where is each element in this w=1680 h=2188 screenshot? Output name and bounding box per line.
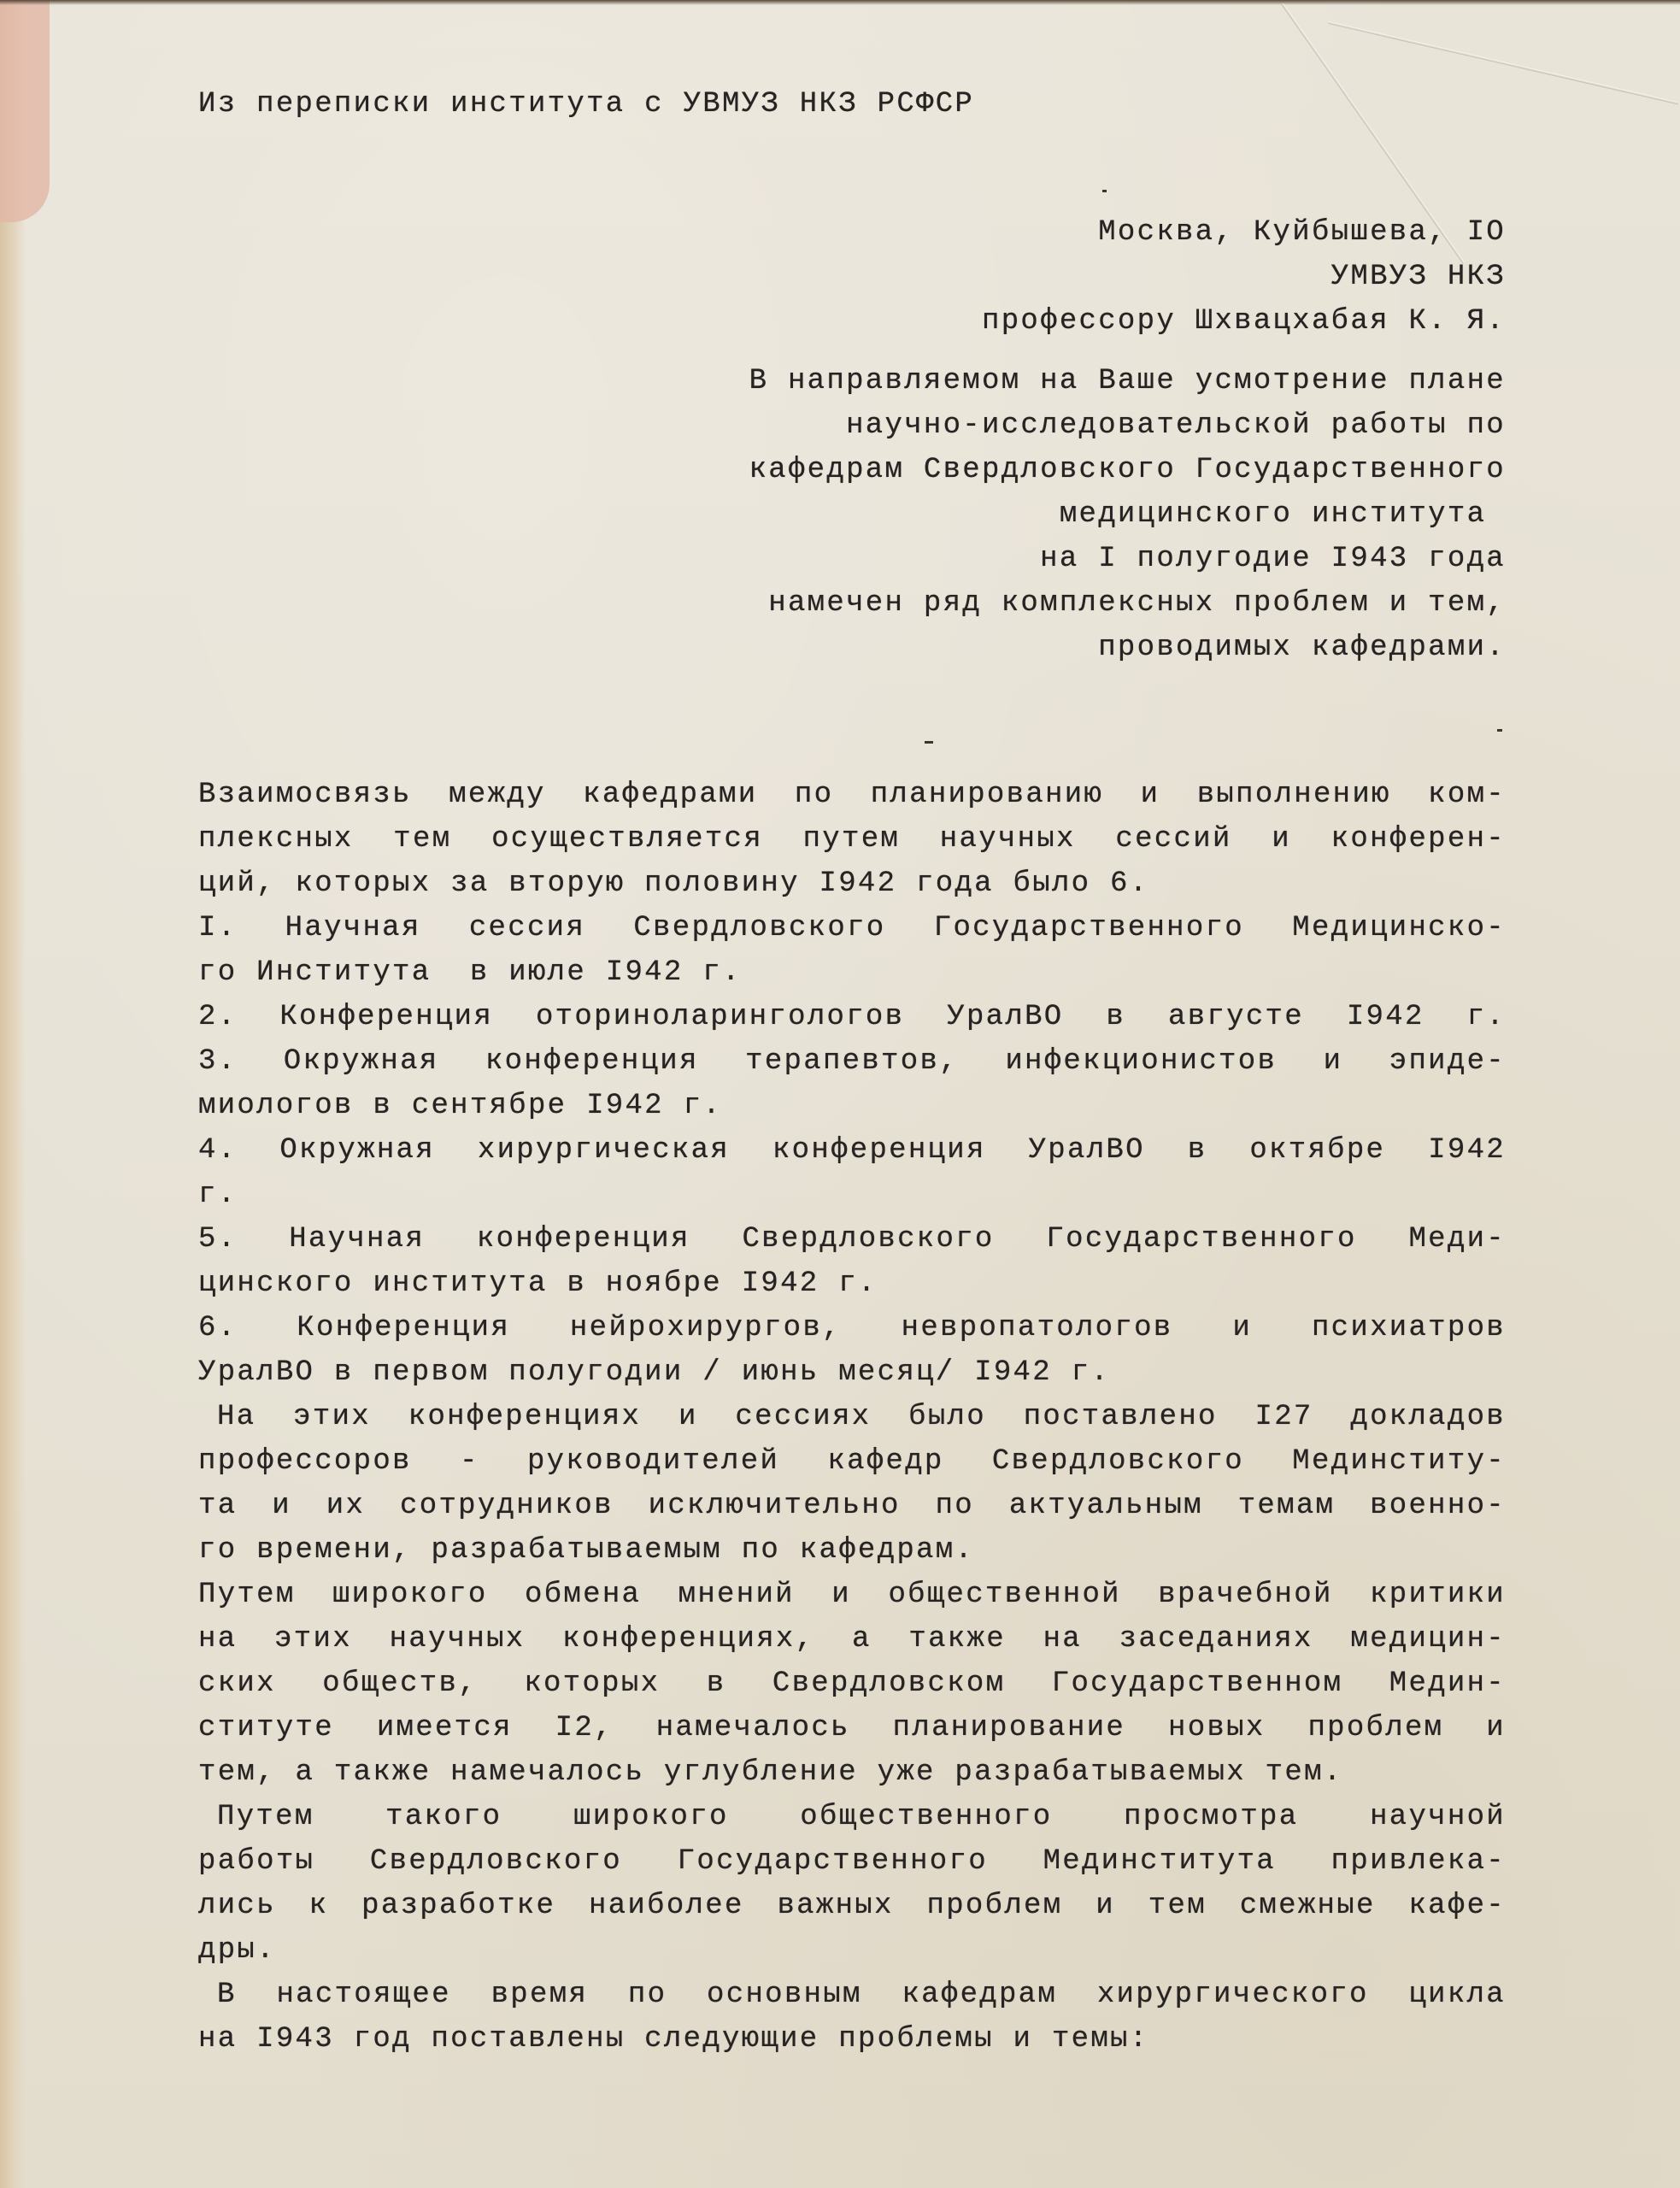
address-block: Москва, Куйбышева, IO УМВУЗ НКЗ профессо… (982, 210, 1506, 344)
list-item-4-cont: г. (198, 1173, 1506, 1217)
intro-line: проводимых кафедрами. (749, 626, 1506, 670)
ink-speck (1497, 729, 1502, 732)
list-item-2: 2. Конференция оториноларингологов УралВ… (198, 995, 1506, 1039)
list-item-4: 4. Окружная хирургическая конференция Ур… (198, 1128, 1506, 1173)
body-line: профессоров - руководителей кафедр Сверд… (198, 1439, 1506, 1484)
list-item-1: I. Научная сессия Свердловского Государс… (198, 906, 1506, 950)
body-line: ских обществ, которых в Свердловском Гос… (198, 1662, 1506, 1706)
body-line: Взаимосвязь между кафедрами по планирова… (198, 773, 1506, 817)
address-line: Москва, Куйбышева, IO (982, 210, 1506, 255)
ink-speck (1102, 190, 1107, 192)
body-line: Путем такого широкого общественного прос… (198, 1795, 1506, 1839)
list-item-6: 6. Конференция нейрохирургов, невропатол… (198, 1306, 1506, 1350)
body-text: Взаимосвязь между кафедрами по планирова… (198, 773, 1506, 2062)
paper-top-edge (0, 0, 1680, 5)
body-line: На этих конференциях и сессиях было пост… (198, 1395, 1506, 1439)
list-item-6-cont: УралВО в первом полугодии / июнь месяц/ … (198, 1350, 1506, 1395)
list-item-5: 5. Научная конференция Свердловского Гос… (198, 1217, 1506, 1262)
list-item-5-cont: цинского института в ноябре I942 г. (198, 1262, 1506, 1306)
body-line: дры. (198, 1928, 1506, 1973)
red-stain (0, 0, 50, 222)
intro-line: В направляемом на Ваше усмотрение плане (749, 359, 1506, 403)
ink-speck (925, 741, 933, 744)
intro-line: на I полугодие I943 года (749, 537, 1506, 581)
body-line: лись к разработке наиболее важных пробле… (198, 1884, 1506, 1928)
list-item-1-cont: го Института в июле I942 г. (198, 950, 1506, 995)
address-line: УМВУЗ НКЗ (982, 255, 1506, 299)
document-heading: Из переписки института с УВМУЗ НКЗ РСФСР (198, 82, 974, 126)
intro-line: кафедрам Свердловского Государственного (749, 448, 1506, 492)
intro-line: медицинского института (749, 492, 1506, 537)
body-line: го времени, разрабатываемым по кафедрам. (198, 1528, 1506, 1573)
body-line: та и их сотрудников исключительно по акт… (198, 1484, 1506, 1528)
list-item-3: 3. Окружная конференция терапевтов, инфе… (198, 1039, 1506, 1084)
body-line: тем, а также намечалось углубление уже р… (198, 1750, 1506, 1795)
body-line: ституте имеется I2, намечалось планирова… (198, 1706, 1506, 1750)
intro-block: В направляемом на Ваше усмотрение плане … (749, 359, 1506, 670)
body-line: на этих научных конференциях, а также на… (198, 1617, 1506, 1662)
intro-line: намечен ряд комплексных проблем и тем, (749, 581, 1506, 626)
list-item-3-cont: миологов в сентябре I942 г. (198, 1084, 1506, 1128)
address-line: профессору Шхвацхабая К. Я. (982, 299, 1506, 344)
body-line: В настоящее время по основным кафедрам х… (198, 1973, 1506, 2017)
intro-line: научно-исследовательской работы по (749, 403, 1506, 448)
body-line: ций, которых за вторую половину I942 год… (198, 862, 1506, 906)
body-line: плексных тем осуществляется путем научны… (198, 817, 1506, 862)
body-line: на I943 год поставлены следующие проблем… (198, 2017, 1506, 2062)
body-line: Путем широкого обмена мнений и обществен… (198, 1573, 1506, 1617)
paper-left-edge (0, 0, 26, 2188)
body-line: работы Свердловского Государственного Ме… (198, 1839, 1506, 1884)
